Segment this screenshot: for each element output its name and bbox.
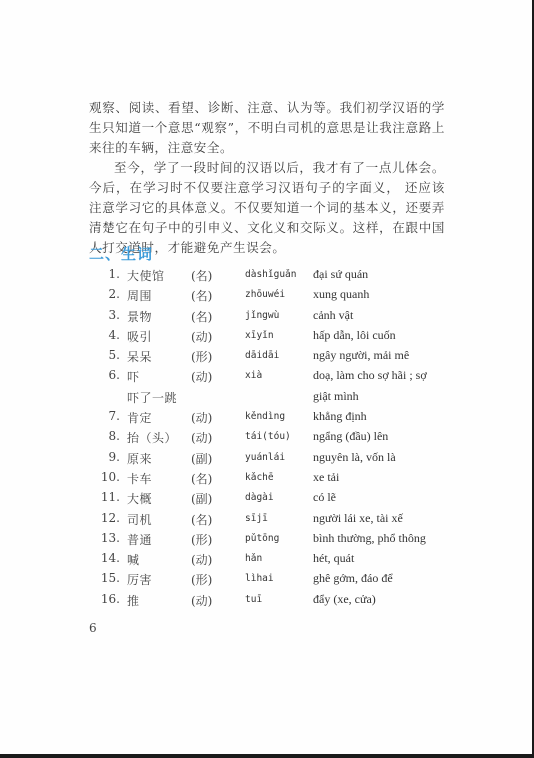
vocab-row: 2.周围(名)zhōuwéixung quanh [0, 287, 532, 307]
vocab-meaning: khẳng định [313, 409, 367, 424]
vocab-part-of-speech: (动) [191, 409, 212, 426]
vocabulary-list: 1.大使馆(名)dàshǐguǎnđại sứ quán2.周围(名)zhōuw… [0, 267, 532, 612]
vocab-word: 卡车 [127, 470, 152, 487]
vocab-part-of-speech: (形) [191, 571, 212, 588]
vocab-word: 喊 [127, 551, 140, 568]
vocab-number: 13. [95, 531, 120, 545]
vocab-word: 肯定 [127, 409, 152, 426]
vocab-row: 7.肯定(动)kěndìngkhẳng định [0, 409, 532, 429]
vocab-part-of-speech: (名) [191, 470, 212, 487]
vocab-pinyin: dàgài [245, 492, 274, 503]
vocab-word: 厉害 [127, 571, 152, 588]
vocab-part-of-speech: (动) [191, 328, 212, 345]
vocab-part-of-speech: (名) [191, 511, 212, 528]
vocab-part-of-speech: (形) [191, 531, 212, 548]
vocab-row: 8.抬（头）(动)tái(tóu)ngẩng (đầu) lên [0, 429, 532, 449]
vocab-word: 抬（头） [127, 429, 177, 446]
vocab-pinyin: tuī [245, 594, 262, 605]
vocab-pinyin: pǔtōng [245, 533, 279, 544]
vocab-word: 吓了一跳 [127, 389, 177, 406]
vocab-pinyin: zhōuwéi [245, 289, 285, 300]
vocab-pinyin: kěndìng [245, 411, 285, 422]
vocab-meaning: hấp dẫn, lôi cuốn [313, 328, 396, 343]
vocab-row: 12.司机(名)sījīngười lái xe, tài xế [0, 511, 532, 531]
vocab-number: 3. [95, 308, 120, 322]
vocab-word: 周围 [127, 287, 152, 304]
vocab-row: 13.普通(形)pǔtōngbình thường, phổ thông [0, 531, 532, 551]
vocab-row: 4.吸引(动)xīyǐnhấp dẫn, lôi cuốn [0, 328, 532, 348]
paragraph-1: 观察、阅读、看望、诊断、注意、认为等。我们初学汉语的学生只知道一个意思“观察”，… [89, 98, 445, 158]
vocab-row: 9.原来(副)yuánláinguyên là, vốn là [0, 450, 532, 470]
vocab-word: 大使馆 [127, 267, 165, 284]
vocab-part-of-speech: (名) [191, 287, 212, 304]
vocab-pinyin: sījī [245, 513, 268, 524]
page-number: 6 [89, 621, 97, 635]
vocab-word: 景物 [127, 308, 152, 325]
vocab-pinyin: xīyǐn [245, 330, 274, 341]
vocab-row: 1.大使馆(名)dàshǐguǎnđại sứ quán [0, 267, 532, 287]
vocab-part-of-speech: (副) [191, 490, 212, 507]
vocab-number: 16. [95, 592, 120, 606]
vocab-pinyin: lìhai [245, 573, 274, 584]
vocab-number: 15. [95, 571, 120, 585]
vocab-pinyin: tái(tóu) [245, 431, 291, 442]
vocab-pinyin: yuánlái [245, 452, 285, 463]
vocab-meaning: cảnh vật [313, 308, 353, 323]
vocab-number: 5. [95, 348, 120, 362]
vocab-word: 吓 [127, 368, 140, 385]
vocab-meaning: hét, quát [313, 551, 354, 566]
vocab-row: 3.景物(名)jǐngwùcảnh vật [0, 308, 532, 328]
vocab-word: 吸引 [127, 328, 152, 345]
vocab-row: 16.推(动)tuīđẩy (xe, cửa) [0, 592, 532, 612]
vocab-row: 11.大概(副)dàgàicó lẽ [0, 490, 532, 510]
vocab-meaning: ngẩng (đầu) lên [313, 429, 388, 444]
vocab-word: 司机 [127, 511, 152, 528]
vocab-meaning: nguyên là, vốn là [313, 450, 396, 465]
vocab-word: 推 [127, 592, 140, 609]
vocab-word: 普通 [127, 531, 152, 548]
section-heading-vocabulary: 二、生词 [89, 243, 153, 264]
vocab-number: 1. [95, 267, 120, 281]
vocab-meaning: người lái xe, tài xế [313, 511, 403, 526]
vocab-part-of-speech: (动) [191, 551, 212, 568]
vocab-number: 8. [95, 429, 120, 443]
vocab-row: 15.厉害(形)lìhaighê gớm, đáo để [0, 571, 532, 591]
vocab-number: 12. [95, 511, 120, 525]
document-page: 观察、阅读、看望、诊断、注意、认为等。我们初学汉语的学生只知道一个意思“观察”，… [0, 0, 534, 758]
vocab-word: 原来 [127, 450, 152, 467]
vocab-meaning: ghê gớm, đáo để [313, 571, 393, 586]
vocab-number: 7. [95, 409, 120, 423]
vocab-row: 5.呆呆(形)dāidāingây người, mải mê [0, 348, 532, 368]
vocab-meaning: doạ, làm cho sợ hãi ; sợ [313, 368, 427, 383]
vocab-number: 6. [95, 368, 120, 382]
vocab-row: 6.吓(动)xiàdoạ, làm cho sợ hãi ; sợ [0, 368, 532, 388]
vocab-meaning: đại sứ quán [313, 267, 368, 282]
vocab-word: 呆呆 [127, 348, 152, 365]
vocab-number: 9. [95, 450, 120, 464]
vocab-part-of-speech: (动) [191, 429, 212, 446]
vocab-word: 大概 [127, 490, 152, 507]
vocab-row: 吓了一跳giật mình [0, 389, 532, 409]
vocab-part-of-speech: (名) [191, 308, 212, 325]
vocab-pinyin: jǐngwù [245, 310, 279, 321]
vocab-meaning: ngây người, mải mê [313, 348, 409, 363]
vocab-part-of-speech: (动) [191, 592, 212, 609]
vocab-meaning: xe tải [313, 470, 339, 485]
vocab-meaning: bình thường, phổ thông [313, 531, 426, 546]
vocab-part-of-speech: (动) [191, 368, 212, 385]
vocab-pinyin: hǎn [245, 553, 262, 564]
vocab-meaning: đẩy (xe, cửa) [313, 592, 376, 607]
vocab-part-of-speech: (形) [191, 348, 212, 365]
vocab-row: 14.喊(动)hǎnhét, quát [0, 551, 532, 571]
vocab-number: 10. [95, 470, 120, 484]
vocab-number: 11. [95, 490, 120, 504]
vocab-pinyin: dàshǐguǎn [245, 269, 296, 280]
vocab-meaning: xung quanh [313, 287, 369, 302]
vocab-pinyin: dāidāi [245, 350, 279, 361]
vocab-number: 2. [95, 287, 120, 301]
vocab-part-of-speech: (副) [191, 450, 212, 467]
vocab-part-of-speech: (名) [191, 267, 212, 284]
vocab-pinyin: kǎchē [245, 472, 274, 483]
vocab-meaning: giật mình [313, 389, 359, 404]
vocab-row: 10.卡车(名)kǎchēxe tải [0, 470, 532, 490]
vocab-pinyin: xià [245, 370, 262, 381]
vocab-number: 4. [95, 328, 120, 342]
vocab-meaning: có lẽ [313, 490, 336, 505]
vocab-number: 14. [95, 551, 120, 565]
